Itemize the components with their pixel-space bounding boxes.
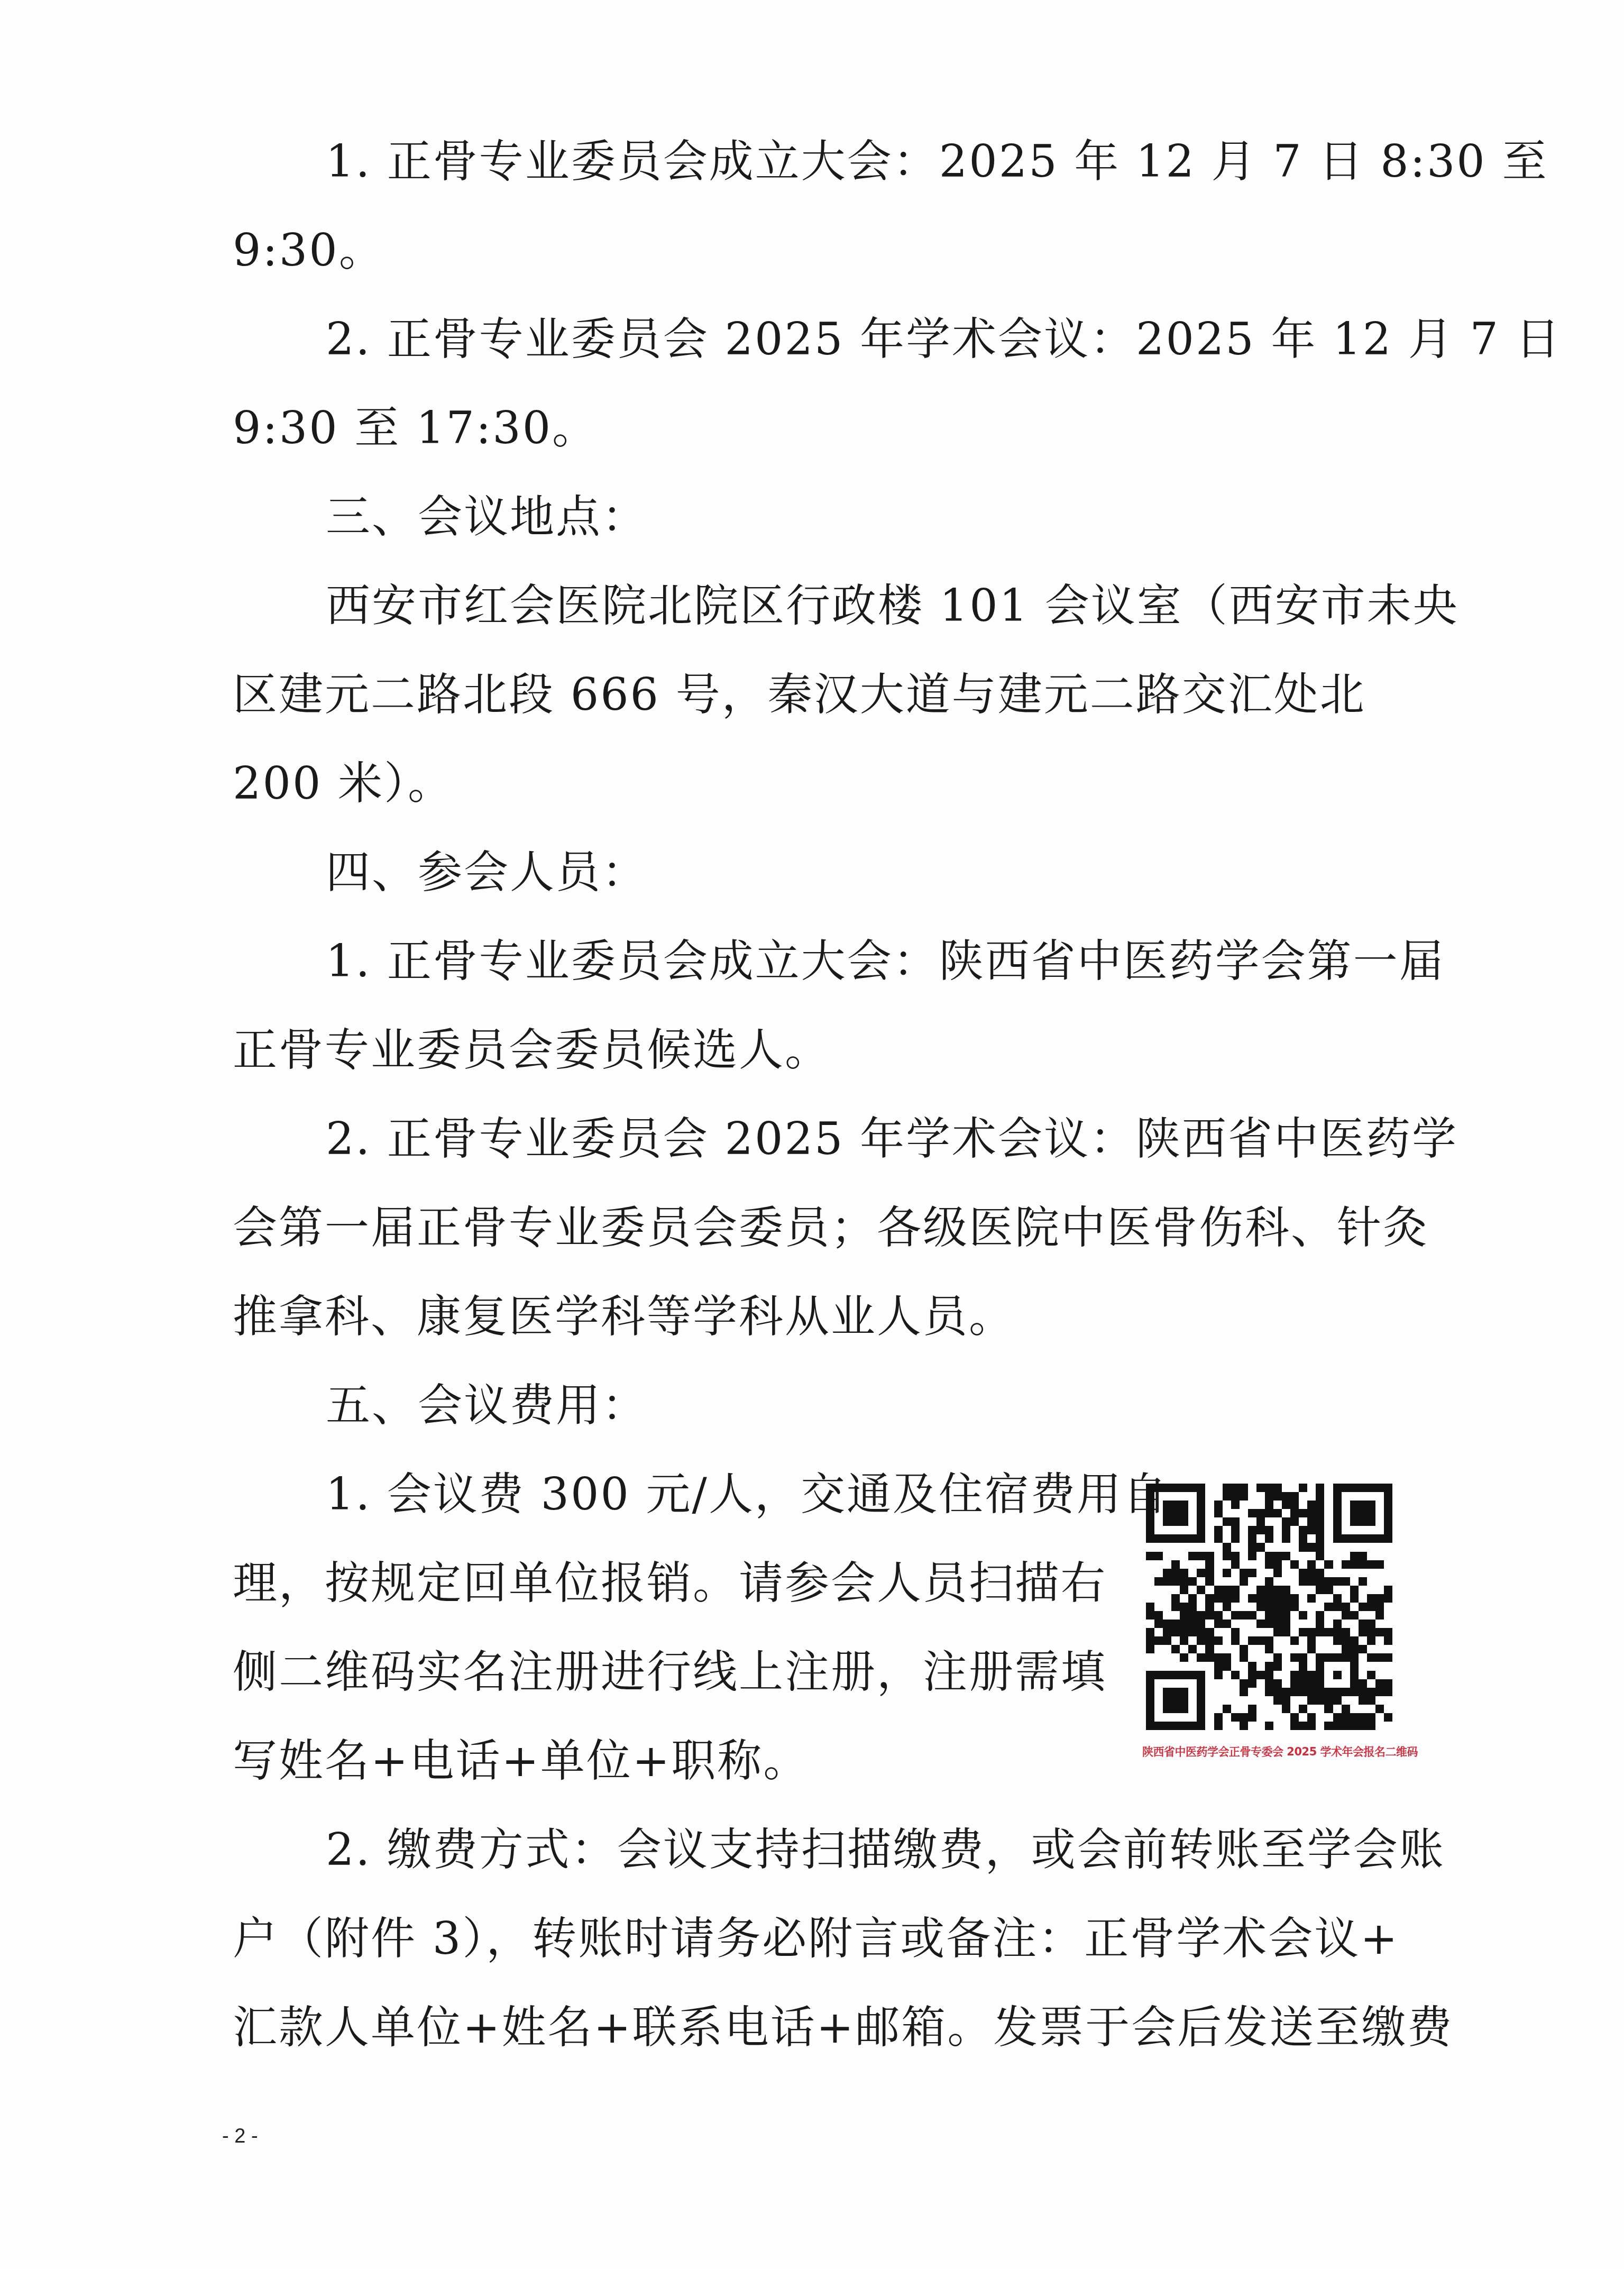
venue-address: 西安市红会医院北院区行政楼 101 会议室（西安市未央 bbox=[233, 561, 1396, 650]
document-page: 1. 正骨专业委员会成立大会：2025 年 12 月 7 日 8:30 至 9:… bbox=[0, 0, 1624, 2269]
section-heading-fees: 五、会议费用： bbox=[233, 1361, 648, 1450]
fees-item-2: 2. 缴费方式：会议支持扫描缴费，或会前转账至学会账 bbox=[233, 1805, 1396, 1894]
fees-item-1-end: 写姓名+电话+单位+职称。 bbox=[233, 1716, 809, 1805]
attendees-item-2-end: 推拿科、康复医学科等学科从业人员。 bbox=[233, 1272, 1015, 1361]
schedule-item-1-cont: 9:30。 bbox=[233, 206, 385, 295]
fees-item-1-cont: 理，按规定回单位报销。请参会人员扫描右 bbox=[233, 1539, 1089, 1627]
registration-qr-code[interactable] bbox=[1146, 1484, 1392, 1730]
qr-caption: 陕西省中医药学会正骨专委会 2025 学术年会报名二维码 bbox=[1142, 1743, 1396, 1759]
fees-item-1: 1. 会议费 300 元/人，交通及住宿费用自 bbox=[233, 1450, 1089, 1539]
section-heading-venue: 三、会议地点： bbox=[233, 472, 648, 561]
attendees-item-2-cont: 会第一届正骨专业委员会委员；各级医院中医骨伤科、针灸 bbox=[233, 1183, 1396, 1272]
fees-item-2-cont: 户（附件 3），转账时请务必附言或备注：正骨学术会议+ bbox=[233, 1894, 1375, 1983]
section-heading-attendees: 四、参会人员： bbox=[233, 828, 648, 917]
venue-address-cont: 区建元二路北段 666 号，秦汉大道与建元二路交汇处北 bbox=[233, 650, 1333, 739]
attendees-item-1-cont: 正骨专业委员会委员候选人。 bbox=[233, 1005, 831, 1094]
page-number: - 2 - bbox=[222, 2125, 258, 2148]
attendees-item-2: 2. 正骨专业委员会 2025 年学术会议：陕西省中医药学 bbox=[233, 1094, 1364, 1183]
attendees-item-1: 1. 正骨专业委员会成立大会：陕西省中医药学会第一届 bbox=[233, 917, 1396, 1005]
fees-item-2-cont2: 汇款人单位+姓名+联系电话+邮箱。发票于会后发送至缴费 bbox=[233, 1983, 1396, 2072]
schedule-item-2-cont: 9:30 至 17:30。 bbox=[233, 383, 598, 472]
venue-address-end: 200 米）。 bbox=[233, 739, 454, 828]
fees-item-1-cont2: 侧二维码实名注册进行线上注册，注册需填 bbox=[233, 1627, 1089, 1716]
schedule-item-1: 1. 正骨专业委员会成立大会：2025 年 12 月 7 日 8:30 至 bbox=[233, 117, 1396, 206]
schedule-item-2: 2. 正骨专业委员会 2025 年学术会议：2025 年 12 月 7 日 bbox=[233, 295, 1396, 383]
